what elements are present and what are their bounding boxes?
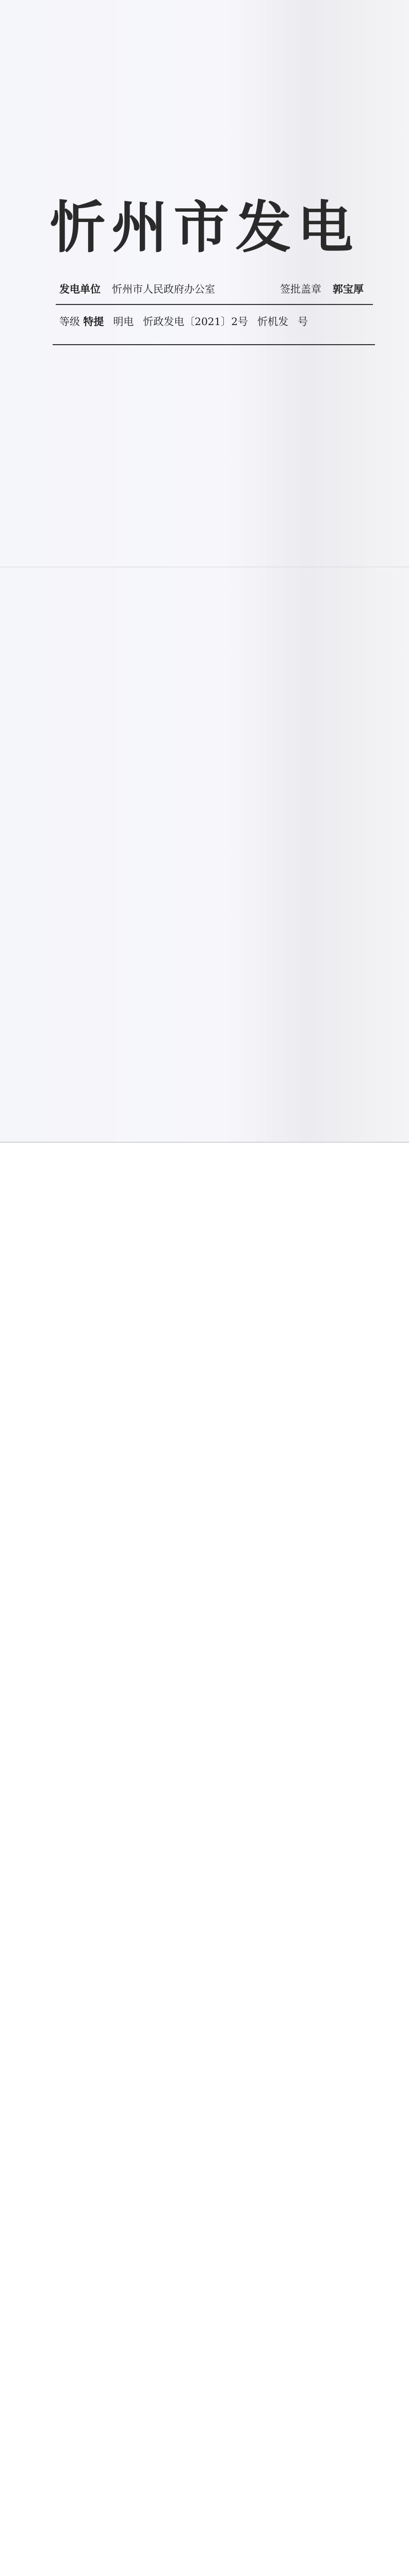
- telegram-masthead: 忻州市发电: [0, 183, 409, 263]
- sign-label: 签批盖章: [280, 281, 321, 296]
- sender-value: 忻州市人民政府办公室: [112, 281, 215, 296]
- mode-value: 明电: [113, 313, 134, 328]
- page-1: 忻州市发电 发电单位 忻州市人民政府办公室 签批盖章 郭宝厚 等级 特提 明电 …: [0, 0, 409, 567]
- sender-row: 发电单位 忻州市人民政府办公室 签批盖章 郭宝厚: [59, 281, 364, 296]
- header-divider: [56, 304, 373, 305]
- level-value: 特提: [83, 315, 104, 328]
- level-label: 等级: [59, 315, 80, 328]
- ref-suffix: 号: [298, 313, 308, 328]
- signer-name: 郭宝厚: [333, 281, 364, 296]
- doc-number: 忻政发电〔2021〕2号: [143, 313, 248, 328]
- ref-label: 忻机发: [257, 313, 288, 328]
- header-divider-bottom: [53, 344, 375, 345]
- level-row: 等级 特提 明电 忻政发电〔2021〕2号 忻机发 号: [59, 313, 364, 328]
- page-1-lower: [0, 567, 409, 1142]
- sender-label: 发电单位: [59, 281, 101, 296]
